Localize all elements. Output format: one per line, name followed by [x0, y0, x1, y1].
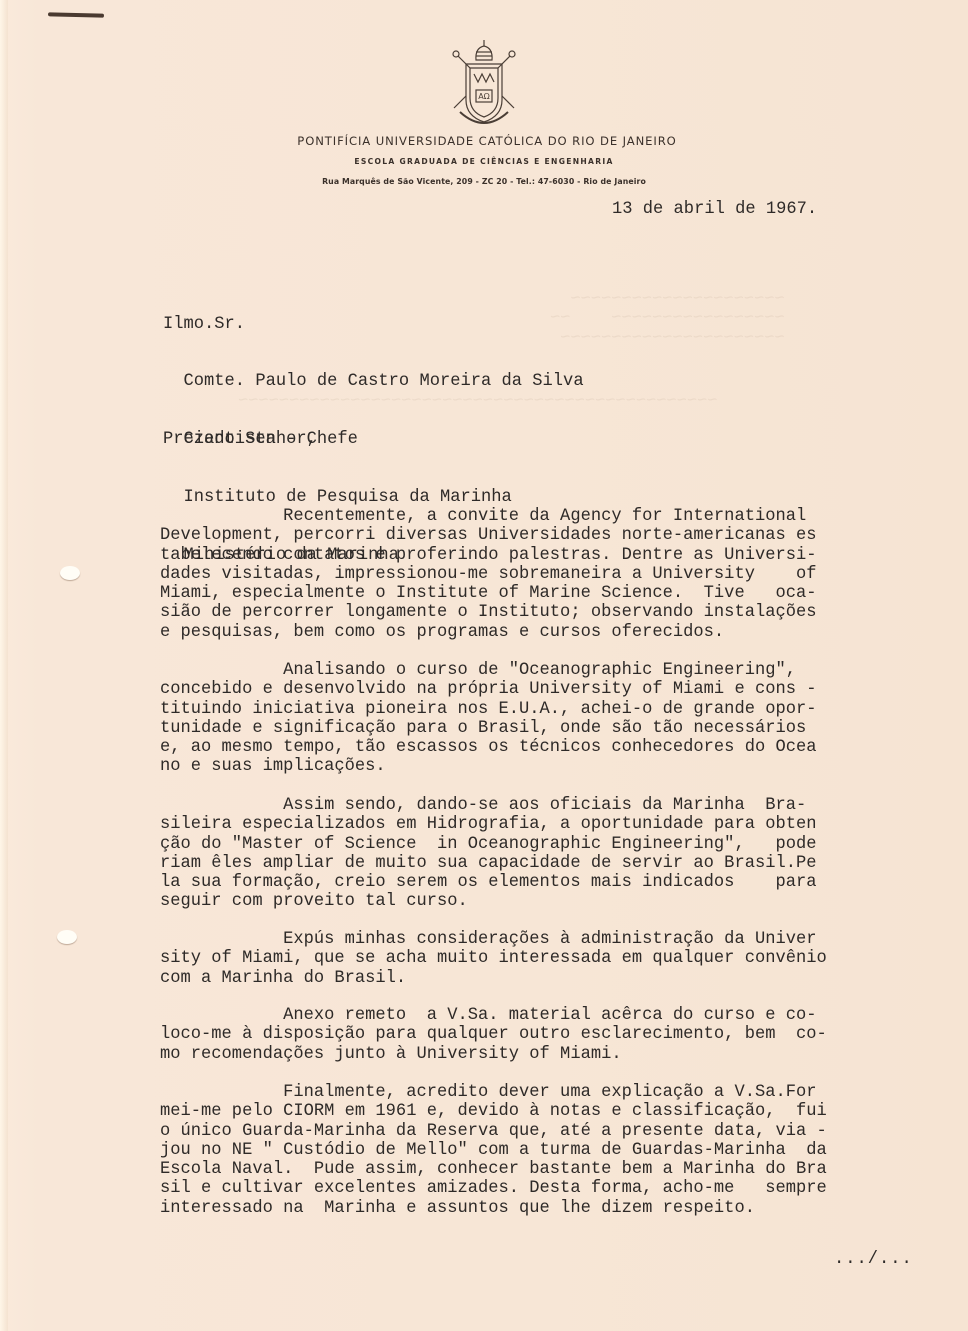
text-line: com a Marinha do Brasil. — [160, 969, 827, 988]
text-line: sil e cultivar excelentes amizades. Dest… — [160, 1179, 827, 1198]
text-line: Development, percorri diversas Universid… — [160, 526, 817, 545]
text-line: loco-me à disposição para qualquer outro… — [160, 1025, 827, 1044]
text-line: Assim sendo, dando-se aos oficiais da Ma… — [160, 796, 817, 815]
school-name: ESCOLA GRADUADA DE CIÊNCIAS E ENGENHARIA — [0, 157, 968, 166]
text-line: Miami, especialmente o Institute of Mari… — [160, 584, 817, 603]
paper-edge — [0, 0, 8, 1331]
text-line: e, ao mesmo tempo, tão escassos os técni… — [160, 738, 817, 757]
letter-page: ~~~~~~~~~~~~~~~~~~~~~ ~~~~~~~~~~~~~~~~~ … — [0, 0, 968, 1331]
institution-name: PONTIFÍCIA UNIVERSIDADE CATÓLICA DO RIO … — [3, 134, 968, 148]
body-paragraph: Assim sendo, dando-se aos oficiais da Ma… — [160, 796, 817, 912]
text-line: Expús minhas considerações à administraç… — [160, 930, 827, 949]
text-line: ção do "Master of Science in Oceanograph… — [160, 835, 817, 854]
text-line: sity of Miami, que se acha muito interes… — [160, 949, 827, 968]
body-paragraph: Expús minhas considerações à administraç… — [160, 930, 827, 988]
text-line: jou no NE " Custódio de Mello" com a tur… — [160, 1141, 827, 1160]
text-line: seguir com proveito tal curso. — [160, 892, 817, 911]
text-line: e pesquisas, bem como os programas e cur… — [160, 623, 817, 642]
text-line: concebido e desenvolvido na própria Univ… — [160, 680, 817, 699]
text-line: o único Guarda-Marinha da Reserva que, a… — [160, 1122, 827, 1141]
institution-address: Rua Marquês de São Vicente, 209 - ZC 20 … — [0, 177, 968, 186]
text-line: no e suas implicações. — [160, 757, 817, 776]
ink-mark — [48, 12, 104, 17]
body-paragraph: Analisando o curso de "Oceanographic Eng… — [160, 661, 817, 777]
text-line: sileira especializados em Hidrografia, a… — [160, 815, 817, 834]
continuation-mark: .../... — [834, 1250, 913, 1269]
text-line: tituindo iniciativa pioneira nos E.U.A.,… — [160, 700, 817, 719]
punch-hole — [57, 930, 77, 944]
letter-date: 13 de abril de 1967. — [612, 200, 817, 219]
text-line: mei-me pelo CIORM em 1961 e, devido à no… — [160, 1102, 827, 1121]
text-line: Finalmente, acredito dever uma explicaçã… — [160, 1083, 827, 1102]
text-line: Escola Naval. Pude assim, conhecer basta… — [160, 1160, 827, 1179]
text-line: tabelecendo contatos e proferindo palest… — [160, 546, 817, 565]
bleed-through-text: ~~~~~~~~~~~~~~~~~~~~~ ~~~~~~~~~~~~~~~~~ … — [550, 290, 785, 348]
text-line: la sua formação, creio serem os elemento… — [160, 873, 817, 892]
body-paragraph: Anexo remeto a V.Sa. material acêrca do … — [160, 1006, 827, 1064]
text-line: tunidade e significação para o Brasil, o… — [160, 719, 817, 738]
punch-hole — [60, 566, 80, 580]
text-line: interessado na Marinha e assuntos que lh… — [160, 1199, 827, 1218]
text-line: Recentemente, a convite da Agency for In… — [160, 507, 817, 526]
text-line: sião de percorrer longamente o Instituto… — [160, 603, 817, 622]
text-line: riam êles ampliar de muito sua capacidad… — [160, 854, 817, 873]
text-line: Analisando o curso de "Oceanographic Eng… — [160, 661, 817, 680]
body-paragraph: Finalmente, acredito dever uma explicaçã… — [160, 1083, 827, 1218]
text-line: dades visitadas, impressionou-me sobrema… — [160, 565, 817, 584]
recipient-line: Instituto de Pesquisa da Marinha — [163, 488, 584, 507]
body-paragraph: Recentemente, a convite da Agency for In… — [160, 507, 817, 642]
pontifical-crest-icon: AΩ — [448, 38, 520, 132]
text-line: Anexo remeto a V.Sa. material acêrca do … — [160, 1006, 827, 1025]
recipient-line: Comte. Paulo de Castro Moreira da Silva — [163, 372, 584, 391]
salutation: Prezado Senhor, — [163, 430, 317, 449]
text-line: mo recomendações junto à University of M… — [160, 1045, 827, 1064]
svg-text:AΩ: AΩ — [478, 92, 490, 101]
recipient-line: Ilmo.Sr. — [163, 315, 584, 334]
